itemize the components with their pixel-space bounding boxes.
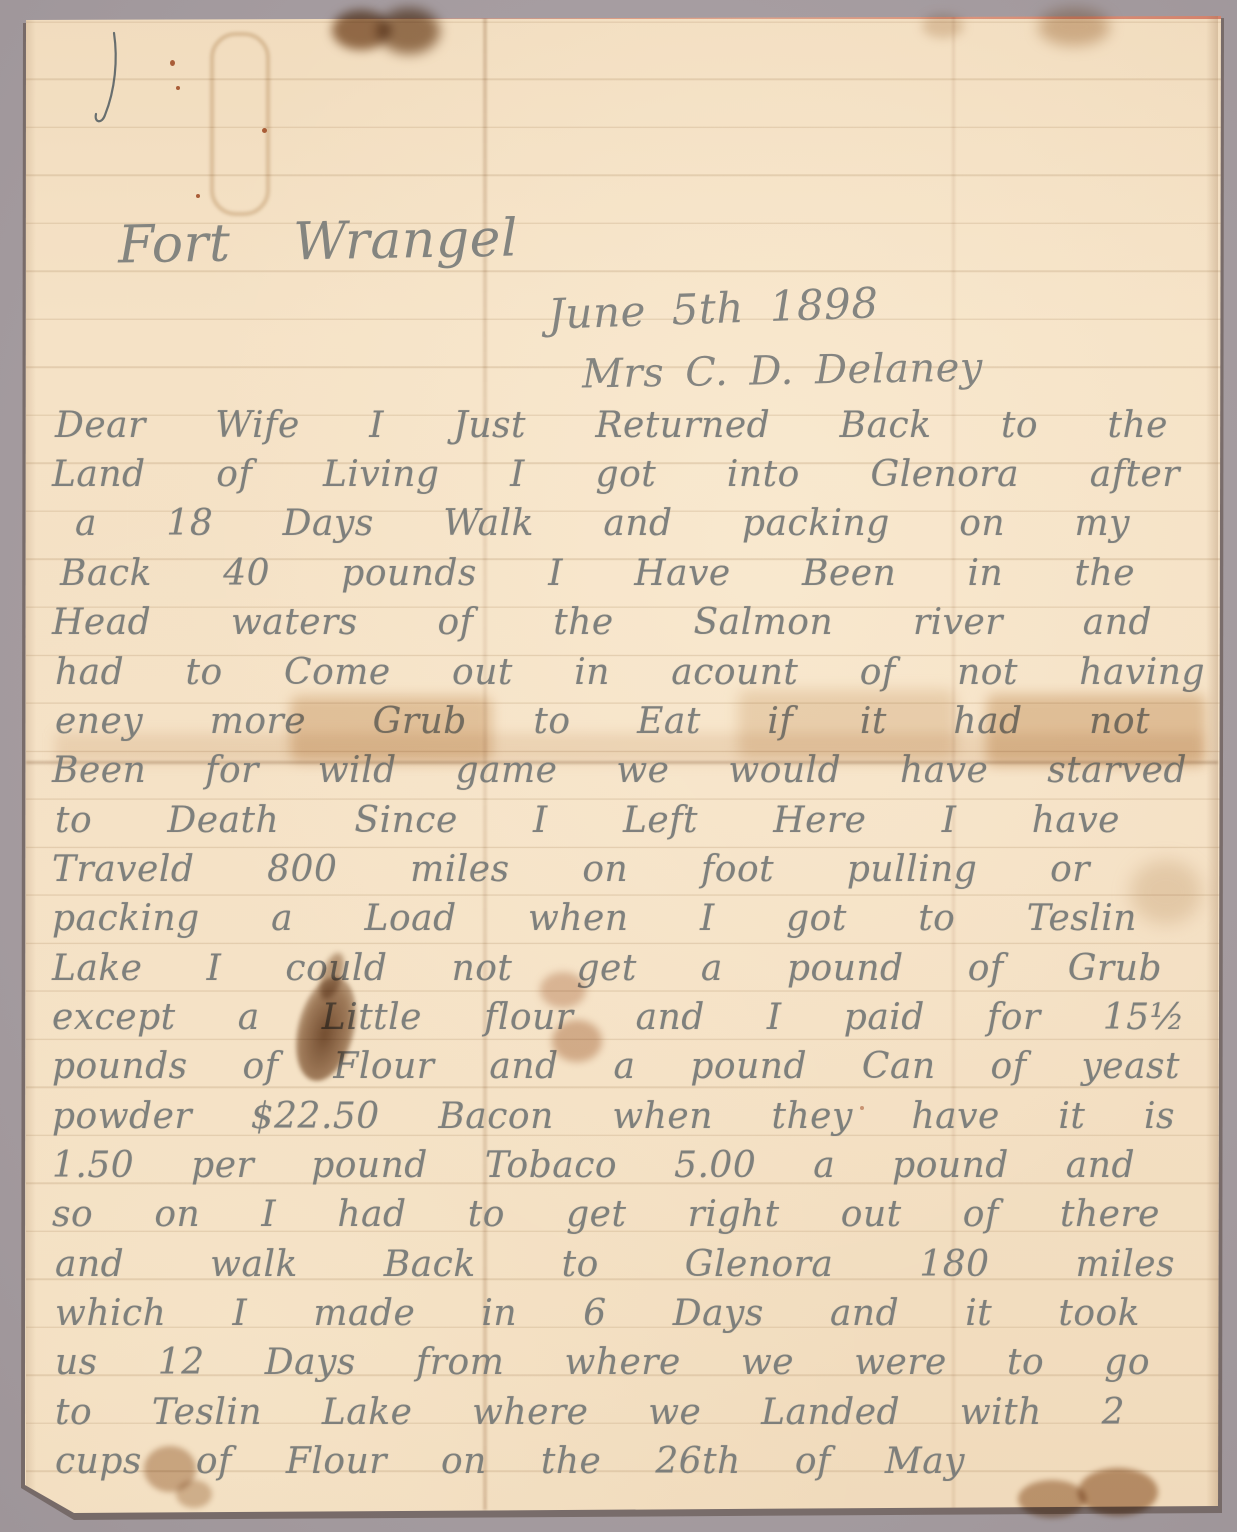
body-line: to Death Since I Left Here I have (55, 798, 1120, 847)
body-line: Land of Living I got into Glenora after (52, 452, 1180, 501)
body-line: 1.50 per pound Tobaco 5.00 a pound and (52, 1143, 1135, 1192)
body-line: to Teslin Lake where we Landed with 2 (55, 1390, 1125, 1439)
body-line: except a Little flour and I paid for 15½ (52, 995, 1185, 1044)
body-line: eney more Grub to Eat if it had not (55, 699, 1150, 748)
body-line: packing a Load when I got to Teslin (52, 896, 1137, 945)
body-line: pounds of Flour and a pound Can of yeast (52, 1044, 1180, 1093)
body-line: powder $22.50 Bacon when they have it is (52, 1094, 1175, 1143)
photograph-of-letter: Fort Wrangel June 5th 1898 Mrs C. D. Del… (0, 0, 1237, 1532)
place-line: Fort Wrangel (118, 209, 519, 276)
body-line: and walk Back to Glenora 180 miles (55, 1242, 1175, 1291)
body-line: cups of Flour on the 26th of May (55, 1439, 965, 1488)
body-line: Lake I could not get a pound of Grub (52, 946, 1162, 995)
body-line: Been for wild game we would have starved (52, 748, 1187, 797)
body-line: Dear Wife I Just Returned Back to the (55, 403, 1168, 452)
date-line: June 5th 1898 (547, 278, 879, 339)
body-line: Back 40 pounds I Have Been in the (60, 551, 1135, 600)
body-line: a 18 Days Walk and packing on my (75, 501, 1130, 550)
addressee-line: Mrs C. D. Delaney (582, 345, 984, 398)
body-line: us 12 Days from where we were to go (55, 1340, 1150, 1389)
body-line: had to Come out in acount of not having (55, 650, 1205, 699)
body-line: Head waters of the Salmon river and (52, 600, 1152, 649)
body-line: Traveld 800 miles on foot pulling or (52, 847, 1090, 896)
body-line: which I made in 6 Days and it took (55, 1291, 1140, 1340)
letter-text: Fort Wrangel June 5th 1898 Mrs C. D. Del… (0, 0, 1237, 1532)
body-line: so on I had to get right out of there (52, 1192, 1160, 1241)
